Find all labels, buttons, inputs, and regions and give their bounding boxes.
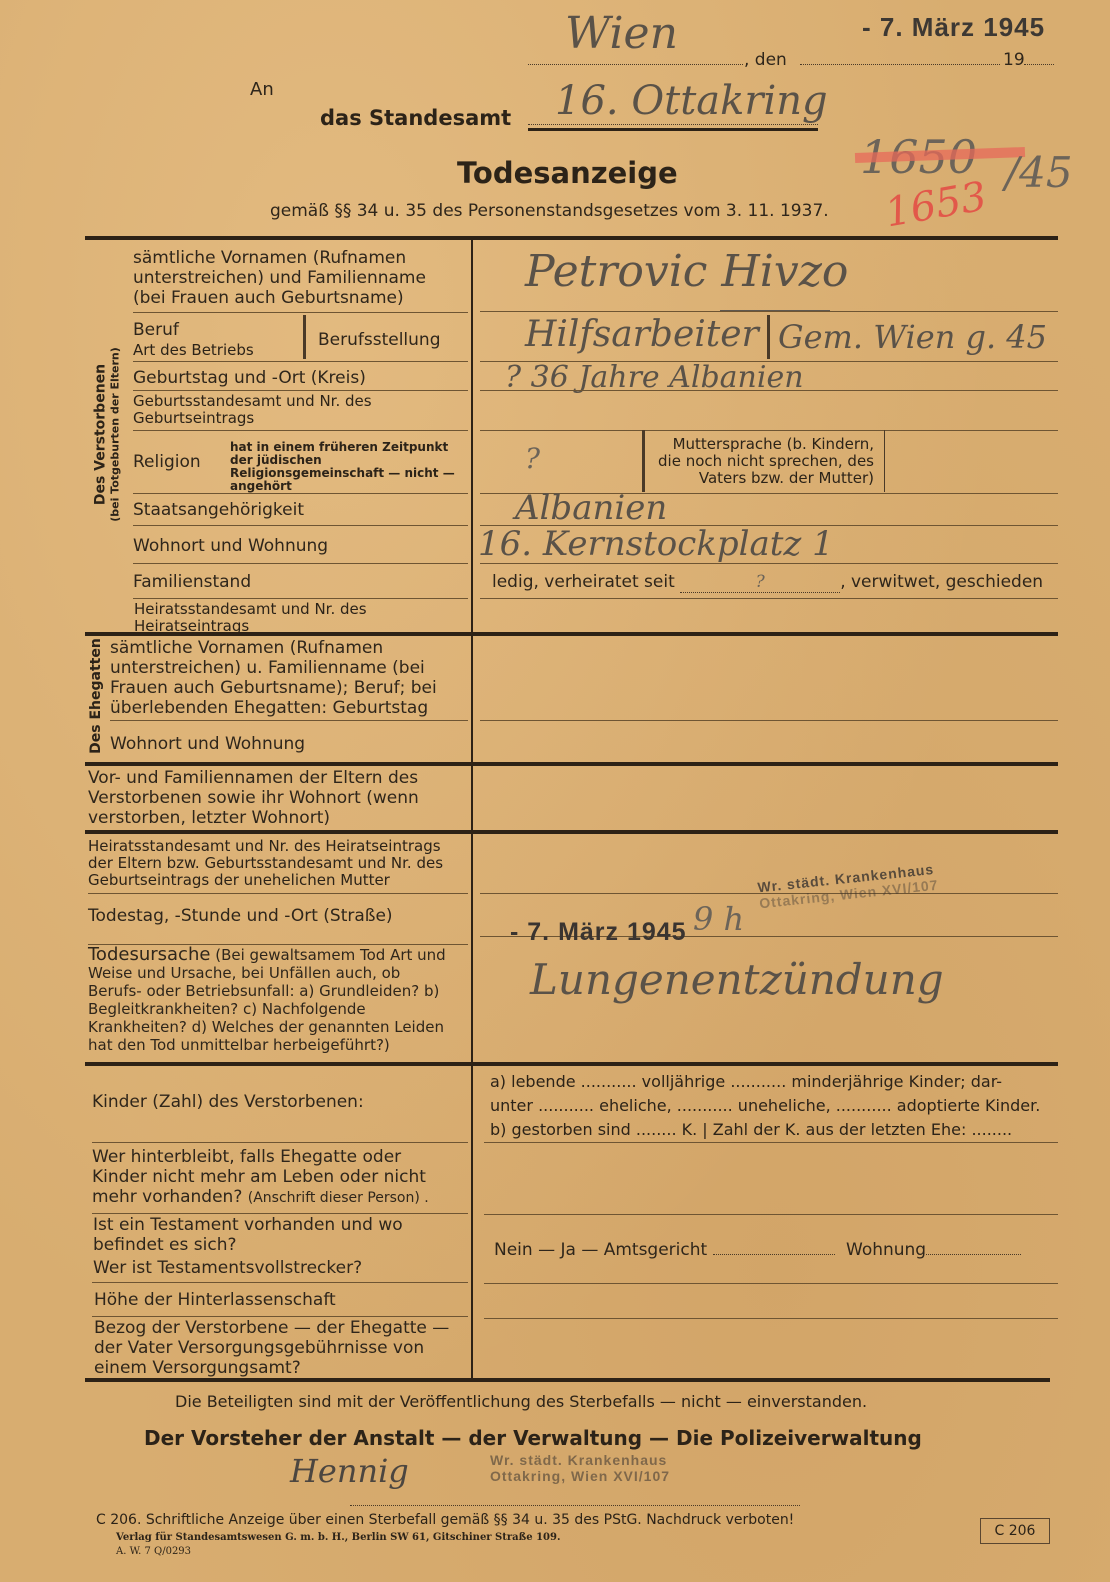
hospital-stamp-bottom: Wr. städt. Krankenhaus Ottakring, Wien X… — [490, 1452, 670, 1484]
spouse-section-title: Des Ehegatten — [88, 637, 104, 755]
todestag-hour: 9 h — [693, 900, 744, 938]
wohnort-label: Wohnort und Wohnung — [133, 536, 328, 556]
staat-value: Albanien — [515, 488, 667, 528]
place-dotted-line — [528, 64, 743, 65]
deceased-section-title: Des Verstorbenen — [93, 270, 109, 600]
bottom-stamp-line1: Wr. städt. Krankenhaus — [490, 1452, 670, 1468]
hinterbleibt-label: Wer hinterbleibt, falls Ehegatte oder Ki… — [92, 1147, 457, 1208]
wohnort-value: 16. Kernstockplatz 1 — [478, 524, 834, 564]
spouse-section-label: Des Ehegatten — [82, 640, 110, 758]
familienstand-label: Familienstand — [133, 572, 251, 592]
wohnung-label: Wohnung — [846, 1240, 926, 1260]
an-label: An — [250, 80, 274, 100]
name-value: Petrovic Hivzo — [525, 246, 848, 297]
ursache-label-title: Todesursache — [88, 944, 210, 965]
todestag-label: Todestag, -Stunde und -Ort (Straße) — [88, 906, 393, 926]
children-fields: a) lebende ........... volljährige .....… — [490, 1070, 1055, 1142]
standesamt-handwritten: 16. Ottakring — [555, 78, 828, 124]
table-bottom-rule — [85, 1378, 1050, 1382]
table-center-divider — [471, 240, 473, 1380]
form-code-box: C 206 — [980, 1518, 1050, 1544]
testament-label: Ist ein Testament vorhanden und wo befin… — [93, 1215, 458, 1255]
hoehe-label: Höhe der Hinterlassenschaft — [94, 1290, 336, 1310]
ursache-value: Lungenentzündung — [530, 955, 944, 1004]
standesamt-dotted-line — [528, 124, 818, 125]
place-handwritten: Wien — [565, 8, 678, 59]
spouse-name-label: sämtliche Vornamen (Rufnamen unterstreic… — [110, 638, 455, 718]
year-dotted-line — [1024, 64, 1054, 65]
beruf-value: Hilfsarbeiter — [525, 314, 759, 355]
betrieb-label: Art des Betriebs — [133, 342, 254, 359]
geburt-label: Geburtstag und -Ort (Kreis) — [133, 368, 366, 388]
religion-value: ? — [525, 442, 540, 475]
married-since-field: ? — [680, 572, 840, 593]
familienstand-option-ledig-verheiratet: ledig, verheiratet seit — [492, 572, 675, 592]
deceased-section-label: Des Verstorbenen (bei Totgeburten der El… — [82, 250, 130, 630]
signature-dotted-line — [350, 1505, 800, 1506]
muttersprache-label: Muttersprache (b. Kindern, die noch nich… — [654, 436, 874, 487]
den-label: , den — [744, 50, 787, 70]
parents-label: Vor- und Familiennamen der Eltern des Ve… — [88, 768, 458, 828]
children-line-a: a) lebende ........... volljährige .....… — [490, 1070, 1055, 1094]
parents-heirat-label: Heiratsstandesamt und Nr. des Heiratsein… — [88, 838, 458, 889]
wohnung-field — [926, 1254, 1021, 1255]
hinterbleibt-note: (Anschrift dieser Person) . — [248, 1190, 429, 1206]
section-rule-parents-heirat — [85, 830, 1058, 834]
death-notice-form: Wien , den 19 - 7. März 1945 An das Stan… — [0, 0, 1110, 1582]
children-line-c: b) gestorben sind ........ K. | Zahl der… — [490, 1118, 1055, 1142]
religion-label: Religion — [133, 452, 201, 472]
standesamt-label: das Standesamt — [320, 106, 511, 130]
bezog-label: Bezog der Verstorbene — der Ehegatte — d… — [94, 1318, 459, 1378]
berufsstellung-label: Berufsstellung — [318, 330, 441, 350]
consent-text: Die Beteiligten sind mit der Veröffentli… — [175, 1392, 867, 1411]
year-prefix: 19 — [1003, 50, 1025, 70]
form-note: C 206. Schriftliche Anzeige über einen S… — [96, 1512, 794, 1528]
married-since-value: ? — [756, 572, 765, 592]
signature: Hennig — [290, 1452, 409, 1490]
children-label: Kinder (Zahl) des Verstorbenen: — [92, 1092, 364, 1112]
spouse-wohnort-label: Wohnort und Wohnung — [110, 734, 305, 754]
children-line-b: unter ........... eheliche, ........... … — [490, 1094, 1055, 1118]
bottom-stamp-line2: Ottakring, Wien XVI/107 — [490, 1468, 670, 1484]
section-rule-spouse — [85, 632, 1058, 636]
heirat-label: Heiratsstandesamt und Nr. des Heiratsein… — [134, 601, 404, 635]
berufsstellung-value: Gem. Wien g. 45 — [778, 318, 1047, 356]
todestag-stamp: - 7. März 1945 — [510, 918, 687, 947]
date-dotted-line — [800, 64, 1000, 65]
page-title: Todesanzeige — [457, 156, 678, 190]
publisher: Verlag für Standesamtswesen G. m. b. H.,… — [116, 1532, 560, 1543]
file-number-year: /45 — [1005, 148, 1073, 197]
amtsgericht-field — [713, 1254, 835, 1255]
testament-value: Nein — Ja — Amtsgericht Wohnung — [494, 1240, 1021, 1260]
testament-options: Nein — Ja — Amtsgericht — [494, 1240, 707, 1260]
name-label: sämtliche Vornamen (Rufnamen unterstreic… — [133, 248, 463, 308]
hospital-stamp-top: Wr. städt. Krankenhaus Ottakring, Wien X… — [757, 861, 939, 912]
standesamt-underline — [528, 128, 818, 131]
religion-note: hat in einem früheren Zeitpunkt der jüdi… — [230, 441, 458, 493]
table-top-rule — [85, 236, 1058, 240]
familienstand-option-verwitwet-geschieden: , verwitwet, geschieden — [840, 572, 1043, 592]
vollstrecker-label: Wer ist Testamentsvollstrecker? — [93, 1258, 362, 1278]
signatory-text: Der Vorsteher der Anstalt — der Verwaltu… — [144, 1426, 922, 1450]
beruf-label: Beruf — [133, 320, 179, 340]
date-stamp: - 7. März 1945 — [862, 12, 1045, 43]
staat-label: Staatsangehörigkeit — [133, 500, 304, 520]
print-code: A. W. 7 Q/0293 — [116, 1546, 191, 1557]
section-rule-children — [85, 1062, 1058, 1066]
ursache-label: Todesursache (Bei gewaltsamem Tod Art un… — [88, 946, 458, 1054]
deceased-section-subtitle: (bei Totgeburten der Eltern) — [109, 270, 122, 600]
section-rule-parents — [85, 762, 1058, 766]
geburtsstandesamt-label: Geburtsstandesamt und Nr. des Geburtsein… — [133, 393, 433, 427]
page-subtitle: gemäß §§ 34 u. 35 des Personenstandsgese… — [270, 201, 829, 221]
familienstand-options: ledig, verheiratet seit ?, verwitwet, ge… — [492, 572, 1043, 593]
